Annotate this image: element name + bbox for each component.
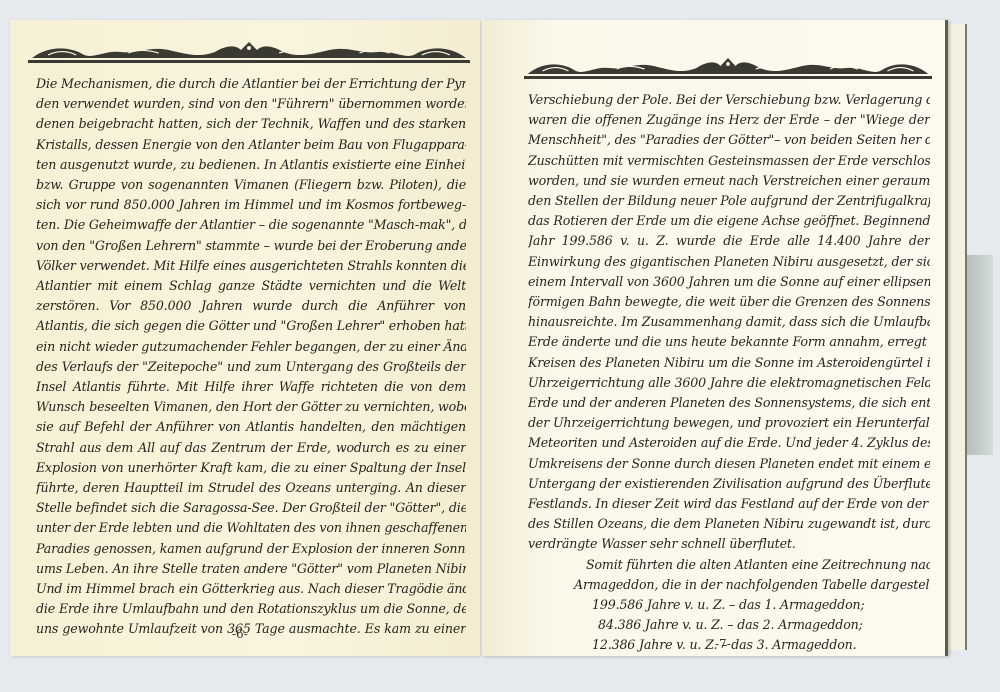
text-line: Umkreisens der Sonne durch diesen Planet… [528,454,930,474]
text-line: Die Mechanismen, die durch die Atlantier… [36,74,466,94]
text-line: Und im Himmel brach ein Götterkrieg aus.… [36,579,466,599]
text-line: Verschiebung der Pole. Bei der Verschieb… [528,90,930,110]
armageddon-table-row: 199.586 Jahre v. u. Z. – das 1. Armagedd… [528,595,930,615]
text-line: Wunsch beseelten Vimanen, den Hort der G… [36,397,466,417]
text-line: Zuschütten mit vermischten Gesteinsmasse… [528,151,930,171]
text-line: zerstören. Vor 850.000 Jahren wurde durc… [36,296,466,316]
text-line: Untergang der existierenden Zivilisation… [528,474,930,494]
text-line: sie auf Befehl der Anführer von Atlantis… [36,417,466,437]
text-line: Uhrzeigerrichtung alle 3600 Jahre die el… [528,373,930,393]
left-page: Die Mechanismen, die durch die Atlantier… [10,20,480,656]
text-line: des Stillen Ozeans, die dem Planeten Nib… [528,514,930,534]
text-line: uns gewohnte Umlaufzeit von 365 Tage aus… [36,619,466,639]
text-line: Völker verwendet. Mit Hilfe eines ausger… [36,256,466,276]
text-line: Erde und der anderen Planeten des Sonnen… [528,393,930,413]
text-line: verdrängte Wasser sehr schnell überflute… [528,534,930,554]
text-line: von den "Großen Lehrern" stammte – wurde… [36,236,466,256]
left-page-body: Die Mechanismen, die durch die Atlantier… [36,74,466,640]
text-line: den Stellen der Bildung neuer Pole aufgr… [528,191,930,211]
text-line: führte, deren Hauptteil im Strudel des O… [36,478,466,498]
text-line: Kreisen des Planeten Nibiru um die Sonne… [528,353,930,373]
text-line: Atlantier mit einem Schlag ganze Städte … [36,276,466,296]
right-page-body: Verschiebung der Pole. Bei der Verschieb… [528,90,930,656]
scroll-vine-ornament-icon [524,58,932,82]
right-page: Verschiebung der Pole. Bei der Verschieb… [482,20,948,656]
text-line: Explosion von unerhörter Kraft kam, die … [36,458,466,478]
closing-paragraph-line: Somit führten die alten Atlanten eine Ze… [528,555,930,575]
text-line: ums Leben. An ihre Stelle traten andere … [36,559,466,579]
text-line: Meteoriten und Asteroiden auf die Erde. … [528,433,930,453]
text-line: Insel Atlantis führte. Mit Hilfe ihrer W… [36,377,466,397]
text-line: Kristalls, dessen Energie von den Atlant… [36,135,466,155]
text-line: die Erde ihre Umlaufbahn und den Rotatio… [36,599,466,619]
page-number: -6- [232,627,248,641]
text-line: förmigen Bahn bewegte, die weit über die… [528,292,930,312]
closing-paragraph-line: Armageddon, die in der nachfolgenden Tab… [528,575,930,595]
text-line: Festlands. In dieser Zeit wird das Festl… [528,494,930,514]
text-line: waren die offenen Zugänge ins Herz der E… [528,110,930,130]
text-line: einem Intervall von 3600 Jahren um die S… [528,272,930,292]
text-line: hinausreichte. Im Zusammenhang damit, da… [528,312,930,332]
text-line: Atlantis, die sich gegen die Götter und … [36,316,466,336]
text-line: sich vor rund 850.000 Jahren im Himmel u… [36,195,466,215]
text-line: ten ausgenutzt wurde, zu bedienen. In At… [36,155,466,175]
text-line: Stelle befindet sich die Saragossa-See. … [36,498,466,518]
text-line: denen beigebracht hatten, sich der Techn… [36,114,466,134]
text-line: Erde änderte und die uns heute bekannte … [528,332,930,352]
text-line: den verwendet wurden, sind von den "Führ… [36,94,466,114]
text-line: Einwirkung des gigantischen Planeten Nib… [528,252,930,272]
page-tab-marker [967,255,993,455]
page-number: -7- [715,637,731,651]
text-line: Paradies genossen, kamen aufgrund der Ex… [36,539,466,559]
text-line: ein nicht wieder gutzumachender Fehler b… [36,337,466,357]
scroll-vine-ornament-icon [28,42,470,66]
back-page-edge [945,24,967,650]
armageddon-table-row: 84.386 Jahre v. u. Z. – das 2. Armageddo… [528,615,930,635]
text-line: Jahr 199.586 v. u. Z. wurde die Erde all… [528,231,930,251]
text-line: Strahl aus dem All auf das Zentrum der E… [36,438,466,458]
text-line: worden, und sie wurden erneut nach Verst… [528,171,930,191]
text-line: ten. Die Geheimwaffe der Atlantier – die… [36,215,466,235]
text-line: Menschheit", des "Paradies der Götter"– … [528,130,930,150]
text-line: des Verlaufs der "Zeitepoche" und zum Un… [36,357,466,377]
text-line: das Rotieren der Erde um die eigene Achs… [528,211,930,231]
text-line: bzw. Gruppe von sogenannten Vimanen (Fli… [36,175,466,195]
text-line: unter der Erde lebten und die Wohltaten … [36,518,466,538]
text-line: der Uhrzeigerrichtung bewegen, und provo… [528,413,930,433]
